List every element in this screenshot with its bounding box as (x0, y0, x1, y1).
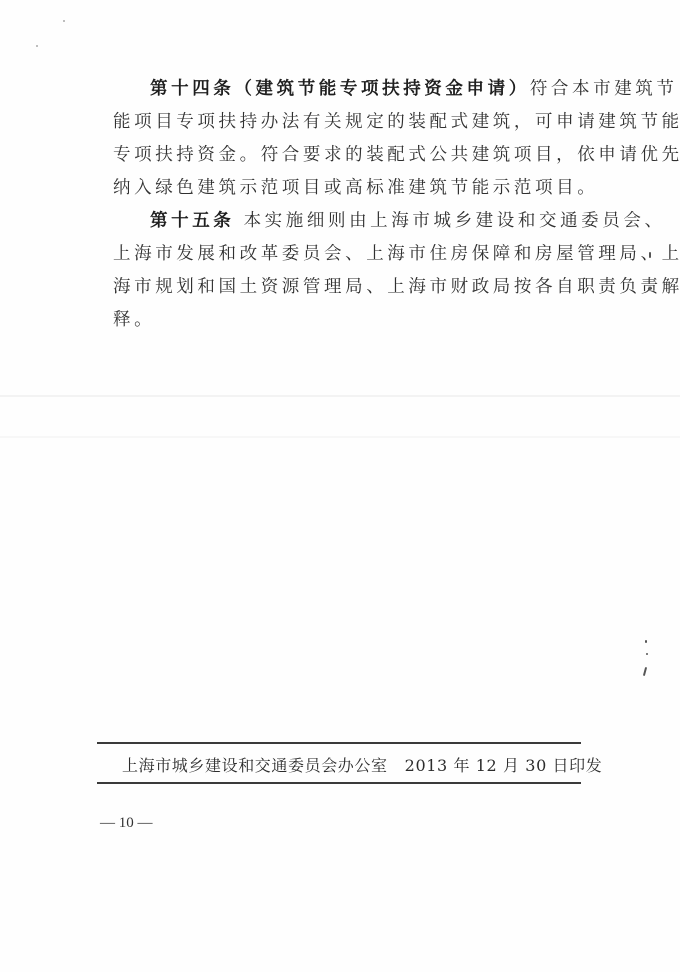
scan-speck (63, 20, 65, 22)
footer-top-rule (97, 742, 581, 744)
article-15-text: 本实施细则由上海市城乡建设和交通委员会、 (234, 211, 665, 231)
article-15-line-3: 海市规划和国土资源管理局、上海市财政局按各自职责负责解 (113, 276, 583, 298)
scan-speck (36, 45, 38, 47)
article-14-text: 符合本市建筑节 (530, 79, 678, 99)
scan-artifact-line (0, 395, 680, 397)
article-15-line-2: 上海市发展和改革委员会、上海市住房保障和房屋管理局、上 (113, 243, 583, 265)
article-14-line-2: 能项目专项扶持办法有关规定的装配式建筑，可申请建筑节能 (113, 111, 583, 133)
scan-artifact-line (0, 436, 680, 438)
page-number: — 10 — (100, 815, 153, 832)
scan-speck (646, 653, 648, 655)
article-15-line-1: 第十五条 本实施细则由上海市城乡建设和交通委员会、 (150, 210, 620, 232)
article-14-line-4: 纳入绿色建筑示范项目或高标准建筑节能示范项目。 (113, 177, 583, 199)
scan-speck (645, 640, 647, 643)
footer-date: 2013 年 12 月 30 日印发 (405, 756, 603, 775)
footer-issuer: 上海市城乡建设和交通委员会办公室 (122, 756, 388, 775)
footer-issuer-line: 上海市城乡建设和交通委员会办公室 2013 年 12 月 30 日印发 (122, 753, 602, 776)
article-14-line-1: 第十四条（建筑节能专项扶持资金申请）符合本市建筑节 (150, 78, 620, 100)
article-15-line-4: 释。 (113, 309, 583, 331)
article-14-heading: 第十四条（建筑节能专项扶持资金申请） (150, 79, 530, 99)
footer-bottom-rule (97, 782, 581, 784)
article-15-heading: 第十五条 (150, 211, 234, 231)
article-14-line-3: 专项扶持资金。符合要求的装配式公共建筑项目，依申请优先 (113, 144, 583, 166)
scan-speck (649, 252, 651, 258)
scan-speck (643, 667, 647, 676)
